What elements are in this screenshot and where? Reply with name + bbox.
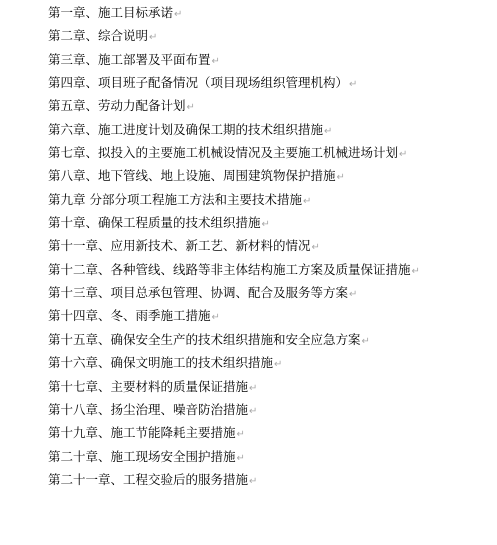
paragraph-mark-icon: ↵ — [274, 359, 282, 370]
toc-text: 第一章、施工目标承诺 — [48, 5, 173, 20]
paragraph-mark-icon: ↵ — [349, 79, 357, 90]
paragraph-mark-icon: ↵ — [349, 289, 357, 300]
paragraph-mark-icon: ↵ — [362, 336, 370, 347]
toc-line: 第七章、拟投入的主要施工机械设情况及主要施工机械进场计划↵ — [48, 143, 420, 166]
paragraph-mark-icon: ↵ — [399, 149, 407, 160]
paragraph-mark-icon: ↵ — [212, 312, 220, 323]
toc-text: 第十九章、施工节能降耗主要措施 — [48, 425, 236, 440]
paragraph-mark-icon: ↵ — [312, 242, 320, 253]
paragraph-mark-icon: ↵ — [262, 219, 270, 230]
toc-text: 第十七章、主要材料的质量保证措施 — [48, 379, 248, 394]
paragraph-mark-icon: ↵ — [337, 172, 345, 183]
toc-line: 第十章、确保工程质量的技术组织措施↵ — [48, 213, 420, 236]
paragraph-mark-icon: ↵ — [249, 406, 257, 417]
toc-text: 第五章、劳动力配备计划 — [48, 98, 186, 113]
paragraph-mark-icon: ↵ — [212, 56, 220, 67]
toc-text: 第三章、施工部署及平面布置 — [48, 52, 211, 67]
toc-line: 第九章 分部分项工程施工方法和主要技术措施↵ — [48, 190, 420, 213]
toc-line: 第十二章、各种管线、线路等非主体结构施工方案及质量保证措施↵ — [48, 260, 420, 283]
toc-line: 第十一章、应用新技术、新工艺、新材料的情况↵ — [48, 236, 420, 259]
toc-text: 第十六章、确保文明施工的技术组织措施 — [48, 355, 273, 370]
toc-text: 第十五章、确保安全生产的技术组织措施和安全应急方案 — [48, 332, 361, 347]
toc-text: 第十章、确保工程质量的技术组织措施 — [48, 215, 261, 230]
toc-text: 第二章、综合说明 — [48, 28, 148, 43]
paragraph-mark-icon: ↵ — [187, 102, 195, 113]
toc-text: 第十八章、扬尘治理、噪音防治措施 — [48, 402, 248, 417]
toc-line: 第四章、项目班子配备情况（项目现场组织管理机构）↵ — [48, 73, 420, 96]
document-body: 第一章、施工目标承诺↵ 第二章、综合说明↵ 第三章、施工部署及平面布置↵ 第四章… — [48, 3, 420, 493]
toc-text: 第十二章、各种管线、线路等非主体结构施工方案及质量保证措施 — [48, 262, 411, 277]
toc-text: 第七章、拟投入的主要施工机械设情况及主要施工机械进场计划 — [48, 145, 398, 160]
paragraph-mark-icon: ↵ — [303, 196, 311, 207]
toc-line: 第八章、地下管线、地上设施、周围建筑物保护措施↵ — [48, 166, 420, 189]
toc-line: 第二章、综合说明↵ — [48, 26, 420, 49]
toc-line: 第十五章、确保安全生产的技术组织措施和安全应急方案↵ — [48, 330, 420, 353]
paragraph-mark-icon: ↵ — [412, 266, 420, 277]
paragraph-mark-icon: ↵ — [237, 453, 245, 464]
paragraph-mark-icon: ↵ — [174, 9, 182, 20]
paragraph-mark-icon: ↵ — [249, 383, 257, 394]
toc-line: 第六章、施工进度计划及确保工期的技术组织措施↵ — [48, 120, 420, 143]
toc-text: 第六章、施工进度计划及确保工期的技术组织措施 — [48, 122, 323, 137]
toc-line: 第十三章、项目总承包管理、协调、配合及服务等方案↵ — [48, 283, 420, 306]
toc-line: 第十四章、冬、雨季施工措施↵ — [48, 306, 420, 329]
paragraph-mark-icon: ↵ — [324, 126, 332, 137]
toc-line: 第十六章、确保文明施工的技术组织措施↵ — [48, 353, 420, 376]
toc-text: 第十四章、冬、雨季施工措施 — [48, 308, 211, 323]
toc-text: 第二十章、施工现场安全围护措施 — [48, 449, 236, 464]
toc-line: 第十九章、施工节能降耗主要措施↵ — [48, 423, 420, 446]
toc-text: 第十一章、应用新技术、新工艺、新材料的情况 — [48, 238, 311, 253]
toc-text: 第二十一章、工程交验后的服务措施 — [48, 472, 248, 487]
paragraph-mark-icon: ↵ — [249, 476, 257, 487]
toc-text: 第四章、项目班子配备情况（项目现场组织管理机构） — [48, 75, 348, 90]
toc-line: 第十八章、扬尘治理、噪音防治措施↵ — [48, 400, 420, 423]
toc-line: 第十七章、主要材料的质量保证措施↵ — [48, 377, 420, 400]
toc-line: 第三章、施工部署及平面布置↵ — [48, 50, 420, 73]
paragraph-mark-icon: ↵ — [149, 32, 157, 43]
toc-text: 第九章 分部分项工程施工方法和主要技术措施 — [48, 192, 302, 207]
paragraph-mark-icon: ↵ — [237, 429, 245, 440]
toc-text: 第十三章、项目总承包管理、协调、配合及服务等方案 — [48, 285, 348, 300]
toc-line: 第二十章、施工现场安全围护措施↵ — [48, 447, 420, 470]
toc-line: 第二十一章、工程交验后的服务措施↵ — [48, 470, 420, 493]
toc-text: 第八章、地下管线、地上设施、周围建筑物保护措施 — [48, 168, 336, 183]
toc-line: 第一章、施工目标承诺↵ — [48, 3, 420, 26]
toc-line: 第五章、劳动力配备计划↵ — [48, 96, 420, 119]
